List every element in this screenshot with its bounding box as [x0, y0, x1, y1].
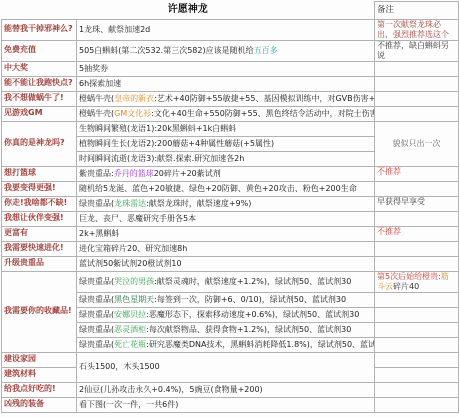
reward-cell: 5抽奖券: [77, 61, 375, 76]
note-cell: [375, 106, 459, 121]
reward-cell: 绿贵重品(死亡花瓶:研究恶魔类DNA技术，黑蝌蚪消耗降低1.8%)，绿试剂50、…: [77, 337, 375, 352]
table-row: 升级贵重品蓝试剂50紫试剂20橙试剂10: [2, 256, 459, 271]
reward-cell: 进化宝箱碎片20、研究加速8h: [77, 241, 375, 256]
reward-text-segment: 时间瞬间流逝(龙语3):献祭.探索.研究加速各2h: [79, 154, 244, 163]
reward-text-segment: 巨龙、丧尸、恶魔研究手册各5本: [79, 214, 196, 223]
note-cell: [375, 76, 459, 91]
wish-label-cell: 中大奖: [2, 61, 77, 76]
reward-text-segment: 生物瞬间繁殖(龙语1):20k黑蝌蚪+1k白蝌蚪: [79, 124, 236, 133]
reward-text-segment: 绿贵重品(: [79, 295, 114, 304]
wish-dragon-sheet: 许愿神龙 备注 能替我干掉邪神么?1龙珠、献祭加速2d第一次献祭龙珠必出，强烈推…: [0, 0, 459, 418]
reward-text-segment: 2k+黑蝌蚪: [79, 229, 119, 238]
note-cell: [375, 256, 459, 271]
wish-label-cell: 我需要快速进化!: [2, 241, 77, 256]
reward-text-segment: 绿贵重品(: [79, 340, 114, 349]
reward-text-segment: 龙珠雷达: [114, 199, 146, 208]
reward-text-segment: 黑色星期天: [114, 295, 154, 304]
wish-label-cell: 升级贵重品: [2, 256, 77, 271]
reward-text-segment: 橙蜗牛壳(: [79, 109, 114, 118]
table-row: 见游戏GM橙蜗牛壳(GM文化衫:文化+40生命+550防御+55、黑色终结令活动…: [2, 106, 459, 121]
reward-text-segment: 蓝试剂50紫试剂20橙试剂10: [79, 259, 182, 268]
reward-text-segment: 2仙豆(儿孙攻击永久+0.4%)，5豌豆(食物量+200): [79, 385, 263, 394]
reward-text-segment: :艺术+40防御+55敏捷+55、基因模拟训练中，对GVB伤害+4%): [154, 94, 374, 103]
wish-dragon-table: 许愿神龙 备注 能替我干掉邪神么?1龙珠、献祭加速2d第一次献祭龙珠必出，强烈推…: [1, 1, 459, 413]
table-row: 能不能让我跑快点?6h探索加速: [2, 76, 459, 91]
wish-label-cell: 我想让伙伴变强!: [2, 211, 77, 226]
reward-cell: 橙蜗牛壳(皇帝的新衣:艺术+40防御+55敏捷+55、基因模拟训练中，对GVB伤…: [77, 91, 375, 106]
reward-cell: 橙蜗牛壳(GM文化衫:文化+40生命+550防御+55、黑色终结令活动中，对院士…: [77, 106, 375, 121]
table-row: 给我点好吃的!2仙豆(儿孙攻击永久+0.4%)，5豌豆(食物量+200): [2, 382, 459, 397]
note-cell: 不推荐: [375, 166, 459, 181]
page-title: 许愿神龙: [2, 2, 375, 20]
note-cell: [375, 397, 459, 412]
wish-label-cell: 我需要你的收藏品!: [2, 271, 77, 352]
note-text-segment: 不推荐: [377, 167, 401, 176]
table-row: 建设家园石头1500，木头1500: [2, 352, 459, 367]
reward-text-segment: 1龙珠、献祭加速2d: [79, 25, 150, 34]
reward-text-segment: GM文化衫: [114, 109, 151, 118]
table-row: 你真的是神龙吗?生物瞬间繁殖(龙语1):20k黑蝌蚪+1k白蝌蚪貌似只出一次: [2, 121, 459, 136]
reward-text-segment: 安娜贝拉: [114, 310, 146, 319]
reward-cell: 巨龙、丧尸、恶魔研究手册各5本: [77, 211, 375, 226]
note-text-segment: 第一次献祭龙珠必出，强烈推荐选这个: [377, 20, 449, 39]
note-cell: [375, 337, 459, 352]
reward-text-segment: :研究恶魔类DNA技术，黑蝌蚪消耗降低1.8%)，绿试剂50、蓝试剂30: [146, 340, 374, 349]
wish-label-cell: 免费充值: [2, 40, 77, 61]
reward-cell: 紫贵重品:乔丹的篮球20碎片+20紫试剂: [77, 166, 375, 181]
note-cell: [375, 382, 459, 397]
note-cell: [375, 307, 459, 322]
table-row: 我不想做蜗牛了!橙蜗牛壳(皇帝的新衣:艺术+40防御+55敏捷+55、基因模拟训…: [2, 91, 459, 106]
table-row: 我想让伙伴变强!巨龙、丧尸、恶魔研究手册各5本: [2, 211, 459, 226]
note-cell: [375, 352, 459, 367]
note-cell: 不推荐: [375, 226, 459, 241]
reward-cell: 随机给5龙涎、蓝色+20敏捷、绿色+20防御、黄色+20攻击、粉色+200生命: [77, 181, 375, 196]
note-cell: 第一次献祭龙珠必出，强烈推荐选这个: [375, 19, 459, 40]
table-row: 凶残的装备看下图(一次一件，一共6件): [2, 397, 459, 412]
reward-text-segment: 紫贵重品:: [79, 169, 114, 178]
note-text-segment: 早获得早享受: [377, 197, 425, 206]
note-cell: [375, 181, 459, 196]
reward-text-segment: 绿贵重品(: [79, 277, 114, 286]
note-text-segment: 貌似只出一次: [393, 139, 441, 148]
reward-text-segment: :献祭龙珠时，献祭速度+9%): [146, 199, 251, 208]
table-row: 中大奖5抽奖券: [2, 61, 459, 76]
reward-text-segment: 死亡花瓶: [114, 340, 146, 349]
table-row: 更富有2k+黑蝌蚪不推荐: [2, 226, 459, 241]
wish-label-cell: 更富有: [2, 226, 77, 241]
wish-label-cell: 你走!我啥都不缺!: [2, 196, 77, 211]
reward-cell: 绿贵重品(龙珠雷达:献祭龙珠时，献祭速度+9%): [77, 196, 375, 211]
reward-text-segment: 哭泣的男孩: [114, 277, 154, 286]
reward-cell: 石头1500，木头1500: [77, 352, 375, 382]
note-cell: [375, 292, 459, 307]
title-row: 许愿神龙 备注: [2, 2, 459, 20]
wish-label-cell: 我不想做蜗牛了!: [2, 91, 77, 106]
table-row: 你走!我啥都不缺!绿贵重品(龙珠雷达:献祭龙珠时，献祭速度+9%)早获得早享受: [2, 196, 459, 211]
reward-cell: 2仙豆(儿孙攻击永久+0.4%)，5豌豆(食物量+200): [77, 382, 375, 397]
reward-text-segment: :文化+40生命+550防御+55、黑色终结令活动中，对院士伤害+4%): [151, 109, 374, 118]
note-cell: [375, 367, 459, 382]
table-row: 我需要你的收藏品!绿贵重品(哭泣的男孩:献祭灵魂时，献祭速度+1.2%)，绿试剂…: [2, 271, 459, 292]
reward-text-segment: 石头1500，木头1500: [79, 362, 160, 371]
reward-cell: 2k+黑蝌蚪: [77, 226, 375, 241]
reward-text-segment: 恶灵酒柜: [114, 325, 146, 334]
reward-text-segment: 随机给5龙涎、蓝色+20敏捷、绿色+20防御、黄色+20攻击、粉色+200生命: [79, 184, 357, 193]
note-cell: [375, 61, 459, 76]
note-cell: [375, 241, 459, 256]
reward-cell: 生物瞬间繁殖(龙语1):20k黑蝌蚪+1k白蝌蚪: [77, 121, 375, 136]
wish-label-cell: 能不能让我跑快点?: [2, 76, 77, 91]
reward-text-segment: 5抽奖券: [79, 64, 108, 73]
reward-text-segment: 20碎片+20紫试剂: [154, 169, 221, 178]
reward-text-segment: 橙蜗牛壳(: [79, 94, 114, 103]
note-text-segment: 第5次后始给橙贵:: [377, 272, 441, 281]
reward-text-segment: 绿贵重品(: [79, 325, 114, 334]
note-cell: 早获得早享受: [375, 196, 459, 211]
reward-cell: 植物瞬间生长(龙语2):200蘑菇+4种属性蘑菇(+5属性): [77, 136, 375, 151]
note-cell: [375, 322, 459, 337]
reward-cell: 505白蝌蚪(第二次532.第三次582)应该是随机给五百多: [77, 40, 375, 61]
wish-label-cell: 见游戏GM: [2, 106, 77, 121]
reward-text-segment: 505白蝌蚪(第二次532.第三次582)应该是随机给: [79, 46, 254, 55]
wish-label-cell: 建设家园: [2, 352, 77, 367]
table-row: 我要变得更强!随机给5龙涎、蓝色+20敏捷、绿色+20防御、黄色+20攻击、粉色…: [2, 181, 459, 196]
wish-label-cell: 我要变得更强!: [2, 181, 77, 196]
note-text-segment: 不推荐: [377, 227, 401, 236]
reward-cell: 绿贵重品(黑色星期天:每签到一次，防御+6、0/10)，绿试剂50、蓝试剂30: [77, 292, 375, 307]
reward-text-segment: 皇帝的新衣: [114, 94, 154, 103]
reward-cell: 1龙珠、献祭加速2d: [77, 19, 375, 40]
reward-text-segment: 6h探索加速: [79, 79, 121, 88]
reward-cell: 绿贵重品(恶灵酒柜:每次献祭物品、获得食物+1.2%)，绿试剂50、蓝试剂30: [77, 322, 375, 337]
reward-cell: 6h探索加速: [77, 76, 375, 91]
reward-text-segment: 绿贵重品(: [79, 199, 114, 208]
note-column-header: 备注: [375, 2, 459, 20]
reward-text-segment: 进化宝箱碎片20、研究加速8h: [79, 244, 187, 253]
reward-text-segment: 植物瞬间生长(龙语2):200蘑菇+4种属性蘑菇(+5属性): [79, 139, 274, 148]
wish-label-cell: 建筑材料: [2, 367, 77, 382]
reward-text-segment: 绿贵重品(: [79, 310, 114, 319]
reward-cell: 绿贵重品(安娜贝拉:恶魔形态下，探索移动速度+0.6%)，绿试剂50、蓝试剂30: [77, 307, 375, 322]
reward-text-segment: :每次献祭物品、获得食物+1.2%)，绿试剂50、蓝试剂30: [146, 325, 351, 334]
wish-label-cell: 想打篮球: [2, 166, 77, 181]
note-cell: 第5次后始给橙贵:筋斗云碎片40: [375, 271, 459, 292]
note-cell: [375, 91, 459, 106]
reward-cell: 蓝试剂50紫试剂20橙试剂10: [77, 256, 375, 271]
reward-cell: 时间瞬间流逝(龙语3):献祭.探索.研究加速各2h: [77, 151, 375, 166]
reward-text-segment: :每签到一次，防御+6、0/10)，绿试剂50、蓝试剂30: [154, 295, 346, 304]
reward-text-segment: :献祭灵魂时，献祭速度+1.2%)，绿试剂50、蓝试剂30: [154, 277, 351, 286]
reward-cell: 看下图(一次一件，一共6件): [77, 397, 375, 412]
note-text-segment: 不推荐，缺白蝌蚪另说: [377, 41, 449, 60]
reward-text-segment: 乔丹的篮球: [114, 169, 154, 178]
table-row: 我需要快速进化!进化宝箱碎片20、研究加速8h: [2, 241, 459, 256]
note-cell: 貌似只出一次: [375, 121, 459, 166]
note-cell: [375, 211, 459, 226]
table-row: 免费充值505白蝌蚪(第二次532.第三次582)应该是随机给五百多不推荐，缺白…: [2, 40, 459, 61]
wish-label-cell: 你真的是神龙吗?: [2, 121, 77, 166]
note-text-segment: 碎片40: [393, 282, 419, 291]
table-row: 能替我干掉邪神么?1龙珠、献祭加速2d第一次献祭龙珠必出，强烈推荐选这个: [2, 19, 459, 40]
wish-label-cell: 能替我干掉邪神么?: [2, 19, 77, 40]
reward-cell: 绿贵重品(哭泣的男孩:献祭灵魂时，献祭速度+1.2%)，绿试剂50、蓝试剂30: [77, 271, 375, 292]
note-cell: 不推荐，缺白蝌蚪另说: [375, 40, 459, 61]
reward-text-segment: 看下图(一次一件，一共6件): [79, 400, 178, 409]
wish-label-cell: 凶残的装备: [2, 397, 77, 412]
reward-text-segment: 五百多: [254, 46, 278, 55]
reward-text-segment: :恶魔形态下，探索移动速度+0.6%)，绿试剂50、蓝试剂30: [146, 310, 359, 319]
table-row: 想打篮球紫贵重品:乔丹的篮球20碎片+20紫试剂不推荐: [2, 166, 459, 181]
wish-label-cell: 给我点好吃的!: [2, 382, 77, 397]
